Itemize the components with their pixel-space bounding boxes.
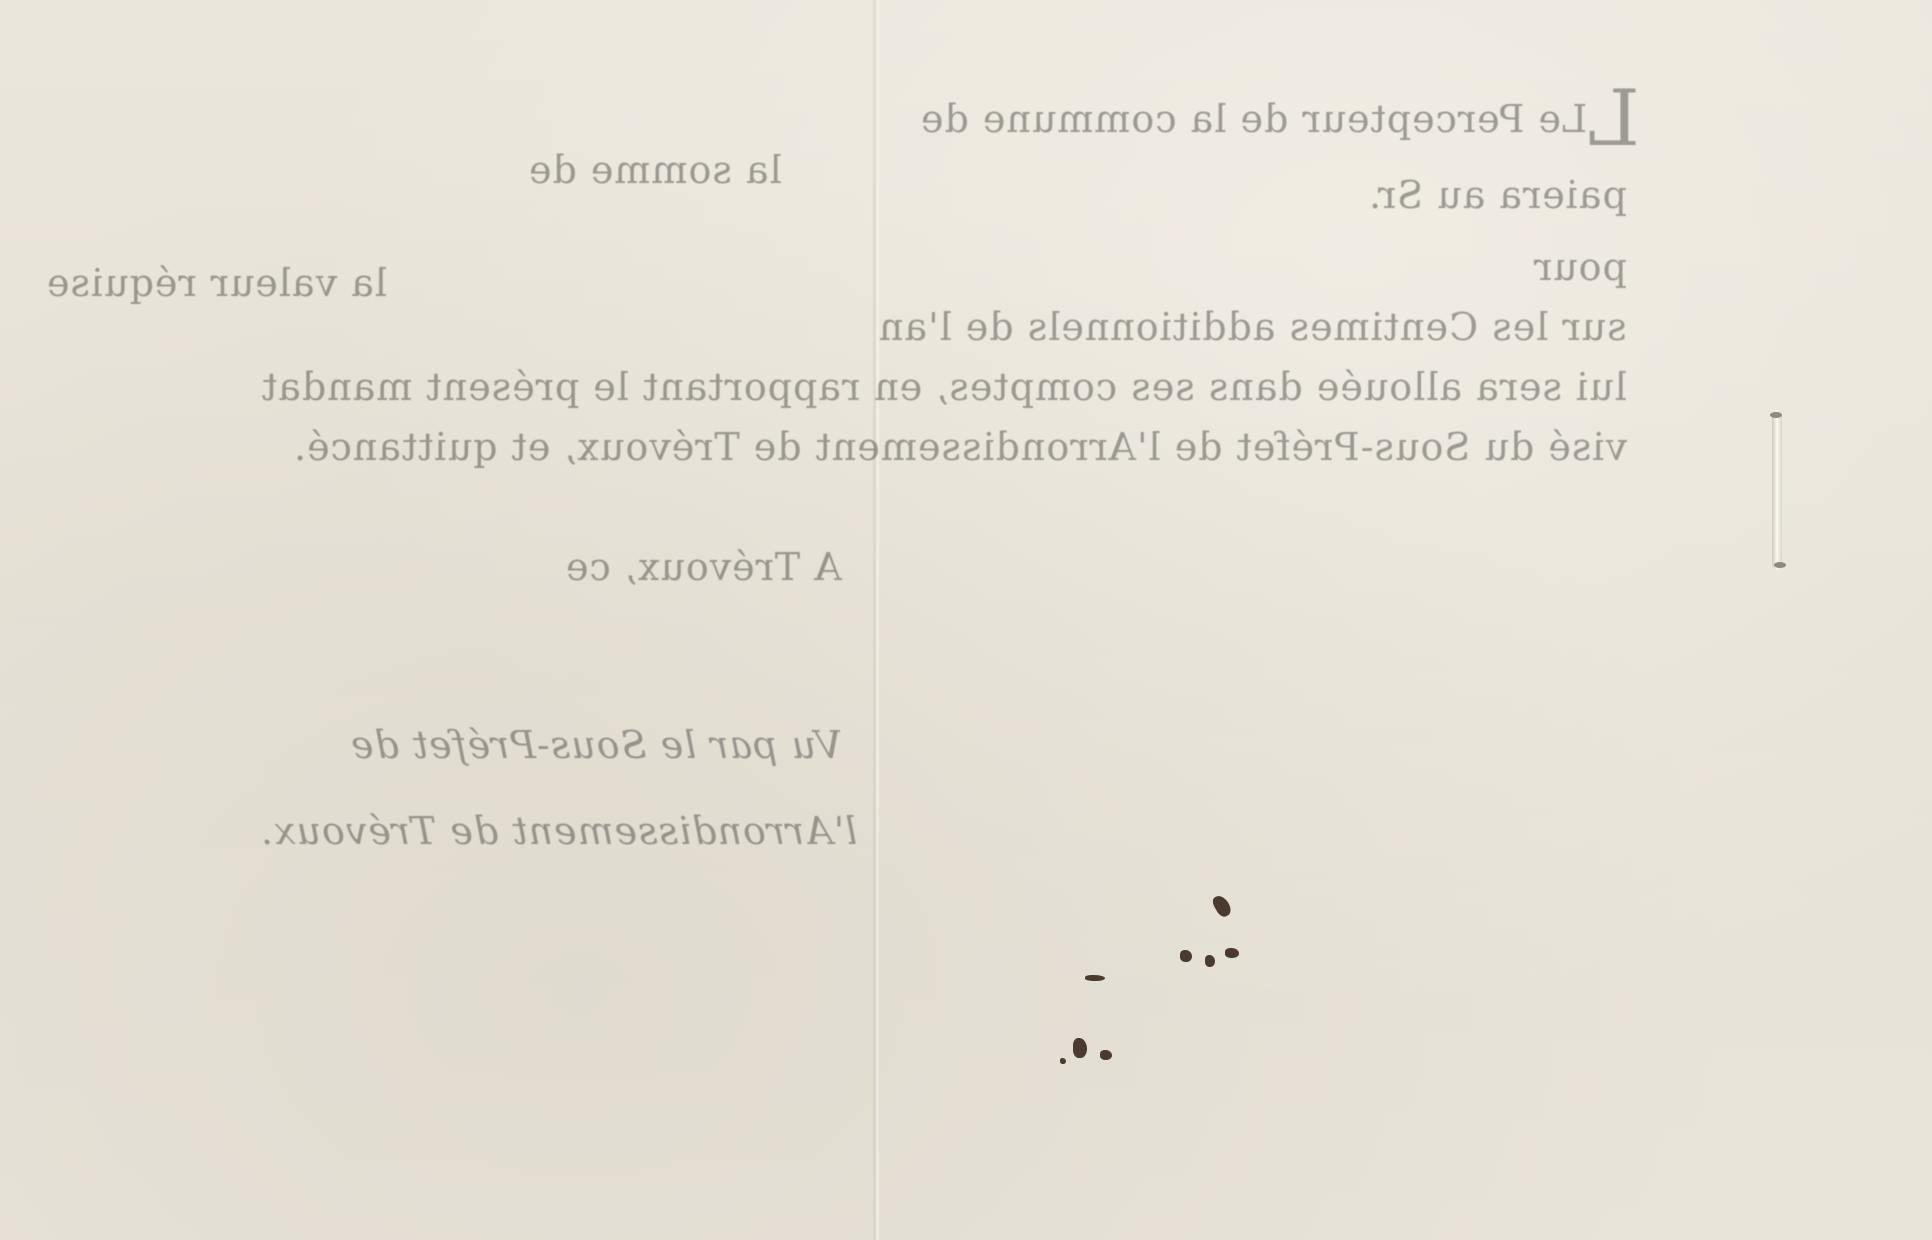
text-line-valeur: la valeur réquise xyxy=(46,260,387,306)
ink-stain xyxy=(1180,950,1192,962)
vertical-fold-line xyxy=(872,0,880,1240)
text-line-centimes: sur les Centimes additionnels de l'an xyxy=(878,304,1627,350)
ink-stain xyxy=(1085,975,1105,981)
ink-stain xyxy=(1073,1038,1087,1058)
ink-stain xyxy=(1225,948,1239,958)
drop-cap-letter: L xyxy=(1587,84,1640,154)
ink-stain xyxy=(1100,1050,1112,1060)
crease-mark-top xyxy=(1770,412,1782,418)
ink-stain xyxy=(1060,1058,1066,1064)
text-line-pour: pour xyxy=(1533,244,1627,290)
text-line-a-trevoux: A Trévoux, ce xyxy=(565,544,842,590)
paper-background xyxy=(0,0,1932,1240)
text-line-somme: la somme de xyxy=(528,147,782,193)
ink-stain xyxy=(1205,955,1215,967)
text-line-vu-par: Vu par le Sous-Préfet de xyxy=(350,722,842,768)
text-line-paiera: paiera au Sr. xyxy=(1368,172,1627,218)
text-line-arrondissement: l'Arrondissement de Trévoux. xyxy=(260,808,857,854)
text-line-vise: visé du Sous-Préfet de l'Arrondissement … xyxy=(293,424,1627,470)
paper-crease xyxy=(1772,410,1782,570)
text-line-percepteur: Le Percepteur de la commune de xyxy=(920,96,1587,142)
crease-mark-bottom xyxy=(1774,562,1786,568)
text-line-allouee: lui sera allouée dans ses comptes, en ra… xyxy=(261,364,1627,410)
